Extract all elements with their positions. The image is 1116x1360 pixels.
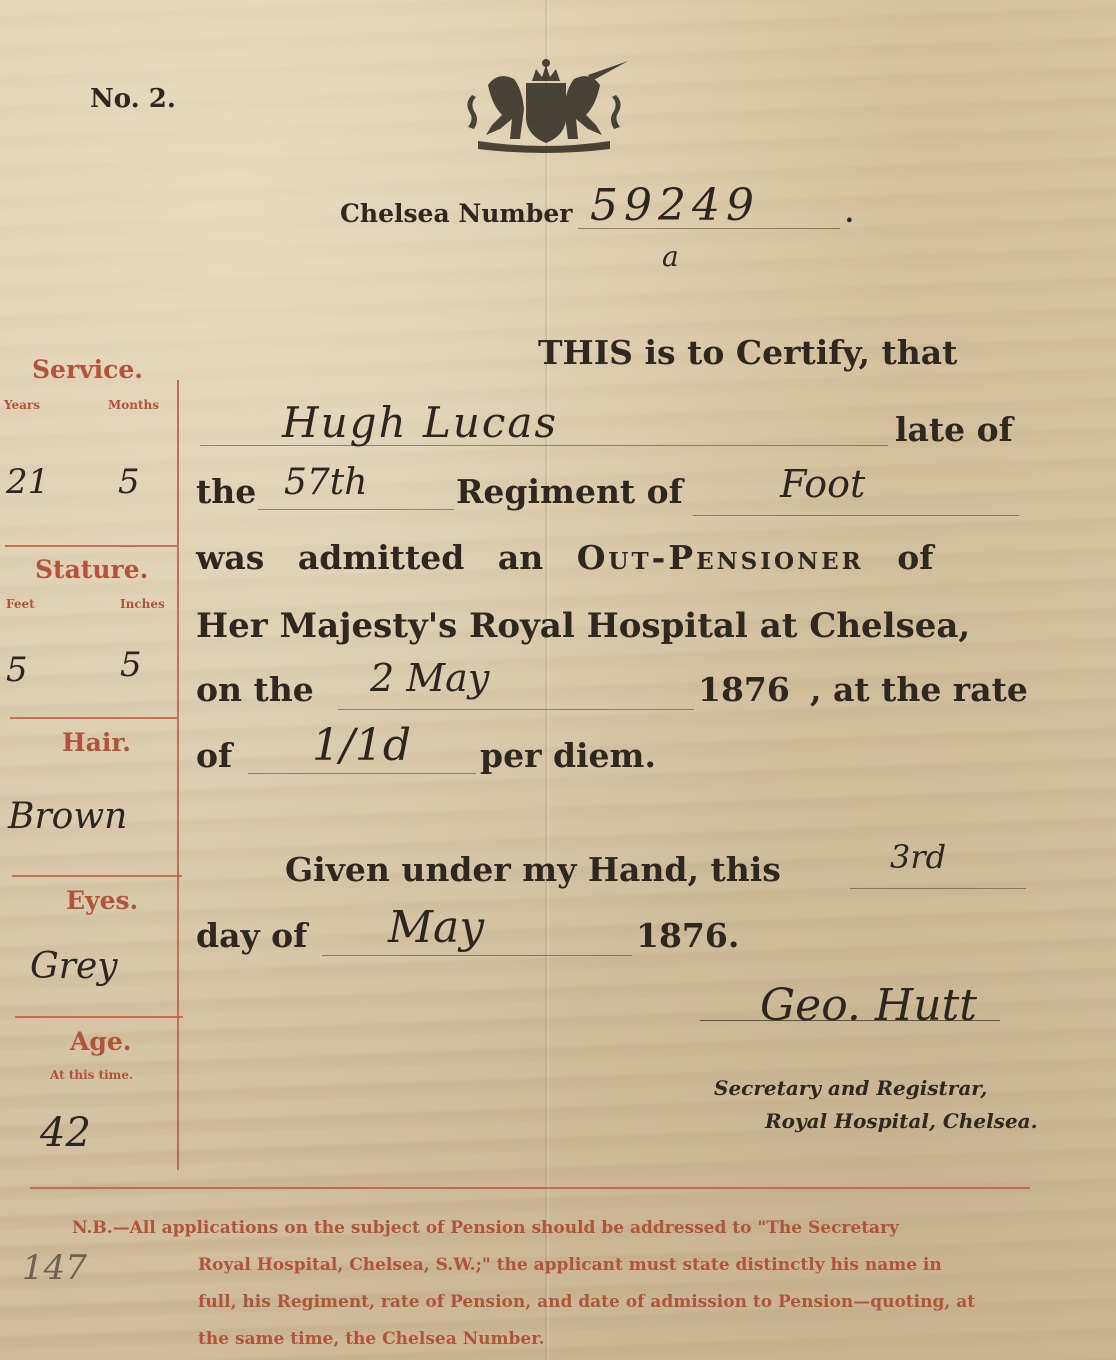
chelsea-number-suffix: a bbox=[662, 240, 679, 273]
eyes-label: Eyes. bbox=[66, 886, 138, 915]
chelsea-number-value: 59249 bbox=[590, 180, 760, 231]
age-label: Age. bbox=[70, 1027, 132, 1056]
service-label: Service. bbox=[32, 355, 143, 384]
signature-title-line1: Secretary and Registrar, bbox=[714, 1076, 987, 1100]
pension-certificate: No. 2. Chelsea Number 59249 . a bbox=[0, 0, 1116, 1360]
regiment-type: Foot bbox=[780, 462, 865, 506]
given-month: May bbox=[388, 902, 484, 953]
eyes-divider bbox=[15, 1016, 183, 1018]
eyes-value: Grey bbox=[30, 946, 118, 987]
stature-feet-label: Feet bbox=[6, 597, 35, 611]
at-the-rate-text: , at the rate bbox=[810, 670, 1028, 709]
footer-note-line2: Royal Hospital, Chelsea, S.W.;" the appl… bbox=[72, 1247, 1042, 1284]
out-pensioner-status: Out-Pensioner bbox=[577, 538, 864, 577]
service-months-label: Months bbox=[108, 398, 159, 412]
hair-divider bbox=[12, 875, 182, 877]
pensioner-name: Hugh Lucas bbox=[282, 398, 558, 447]
given-day-underline bbox=[850, 888, 1026, 889]
hair-label: Hair. bbox=[62, 728, 131, 757]
per-diem-text: per diem. bbox=[480, 736, 656, 775]
of-text: of bbox=[196, 736, 232, 775]
institution-line: Her Majesty's Royal Hospital at Chelsea, bbox=[196, 606, 970, 646]
age-value: 42 bbox=[40, 1110, 91, 1156]
registrar-signature: Geo. Hutt bbox=[760, 980, 977, 1031]
hair-value: Brown bbox=[8, 796, 127, 837]
certify-heading: THIS is to Certify, that bbox=[538, 333, 957, 372]
regiment-type-underline bbox=[693, 515, 1019, 516]
rate-underline bbox=[248, 773, 476, 774]
admitted-prefix: was admitted an bbox=[196, 538, 543, 577]
day-of-text: day of bbox=[196, 916, 307, 955]
service-years-value: 21 bbox=[6, 462, 49, 502]
admission-year: 1876 bbox=[698, 670, 790, 709]
given-day: 3rd bbox=[890, 838, 946, 876]
stature-divider bbox=[10, 717, 177, 719]
signature-title-line2: Royal Hospital, Chelsea. bbox=[765, 1109, 1038, 1133]
regiment-of-text: Regiment of bbox=[456, 472, 683, 511]
pension-rate: 1/1d bbox=[312, 720, 411, 771]
on-the-text: on the bbox=[196, 670, 314, 709]
royal-coat-of-arms-icon bbox=[458, 55, 630, 155]
service-months-value: 5 bbox=[118, 462, 140, 502]
stature-inches-label: Inches bbox=[120, 597, 165, 611]
form-number: No. 2. bbox=[90, 84, 176, 114]
footer-note: N.B.—All applications on the subject of … bbox=[72, 1210, 1042, 1358]
chelsea-number-period: . bbox=[845, 199, 854, 228]
footer-note-line1: N.B.—All applications on the subject of … bbox=[72, 1218, 899, 1238]
service-years-label: Years bbox=[4, 398, 40, 412]
age-subtitle: At this time. bbox=[50, 1068, 133, 1082]
chelsea-number-label: Chelsea Number bbox=[340, 199, 572, 228]
admitted-line: was admitted an Out-Pensioner of bbox=[196, 538, 933, 577]
admitted-suffix: of bbox=[897, 538, 933, 577]
footer-divider bbox=[30, 1187, 1030, 1189]
the-text: the bbox=[196, 472, 256, 511]
footer-note-line3: full, his Regiment, rate of Pension, and… bbox=[72, 1284, 1042, 1321]
stature-feet-value: 5 bbox=[6, 650, 28, 690]
regiment-number-underline bbox=[258, 509, 454, 510]
signature-flourish bbox=[700, 1020, 1000, 1021]
footer-note-line4: the same time, the Chelsea Number. bbox=[72, 1321, 1042, 1358]
stature-inches-value: 5 bbox=[120, 645, 142, 685]
admission-date: 2 May bbox=[370, 656, 489, 700]
service-divider bbox=[5, 545, 177, 547]
late-of-text: late of bbox=[895, 410, 1013, 449]
regiment-number: 57th bbox=[284, 462, 367, 503]
given-under-hand-text: Given under my Hand, this bbox=[285, 850, 781, 889]
given-year: 1876. bbox=[636, 916, 739, 955]
description-column-border bbox=[177, 380, 179, 1170]
given-month-underline bbox=[322, 955, 632, 956]
stature-label: Stature. bbox=[35, 555, 148, 584]
margin-annotation: 147 bbox=[22, 1248, 87, 1288]
admission-date-underline bbox=[338, 709, 694, 710]
